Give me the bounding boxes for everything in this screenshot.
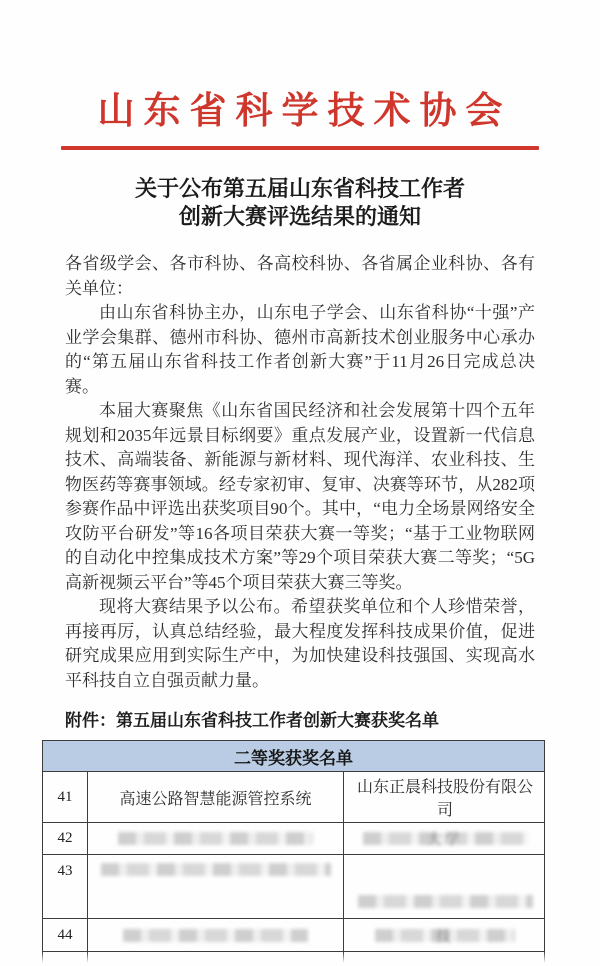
organization-cell-redacted (344, 855, 546, 918)
organization-cell-redacted: 大学 (344, 823, 546, 854)
row-number: 44 (43, 919, 88, 951)
table-cutoff-stub (42, 952, 545, 963)
redacted-text-strip: 技 (375, 929, 515, 942)
paragraph-1: 由山东省科协主办，山东电子学会、山东省科协“十强”产业学会集群、德州市科协、德州… (65, 301, 535, 399)
notice-title-line-2: 创新大赛评选结果的通知 (0, 203, 600, 231)
red-divider-line (61, 146, 539, 150)
notice-title-line-1: 关于公布第五届山东省科技工作者 (0, 175, 600, 203)
table-header-second-prize: 二等奖获奖名单 (43, 741, 544, 772)
redacted-text-strip (358, 895, 533, 908)
award-table: 二等奖获奖名单 41 高速公路智慧能源管控系统 山东正晨科技股份有限公司 42 … (42, 740, 545, 952)
redacted-text-strip (101, 863, 331, 876)
project-name-cell-redacted (88, 855, 344, 918)
notice-document: 山东省科学技术协会 关于公布第五届山东省科技工作者 创新大赛评选结果的通知 各省… (0, 0, 600, 966)
redacted-text-strip: 大学 (363, 832, 528, 845)
paragraph-3: 现将大赛结果予以公布。希望获奖单位和个人珍惜荣誉，再接再厉，认真总结经验，最大程… (65, 595, 535, 693)
row-number: 43 (43, 855, 88, 918)
attachment-note: 附件：第五届山东省科技工作者创新大赛获奖名单 (65, 706, 535, 731)
organization-title: 山东省科学技术协会 (0, 80, 600, 134)
project-name-cell-redacted (88, 919, 344, 951)
row-number: 41 (43, 772, 88, 822)
table-row-41: 41 高速公路智慧能源管控系统 山东正晨科技股份有限公司 (43, 772, 544, 823)
table-row-44: 44 技 (43, 919, 544, 952)
organization-cell: 山东正晨科技股份有限公司 (344, 772, 546, 822)
paragraph-2: 本届大赛聚焦《山东省国民经济和社会发展第十四个五年规划和2035年远景目标纲要》… (65, 399, 535, 595)
redacted-text-strip (123, 929, 308, 942)
table-row-43: 43 (43, 855, 544, 919)
table-row-42: 42 大学 (43, 823, 544, 855)
redacted-visible-fragment: 技 (375, 925, 515, 946)
notice-body: 各省级学会、各市科协、各高校科协、各省属企业科协、各有关单位： 由山东省科协主办… (65, 252, 535, 693)
row-number: 42 (43, 823, 88, 854)
organization-cell-redacted: 技 (344, 919, 546, 951)
project-name-cell-redacted (88, 823, 344, 854)
redacted-text-strip (118, 832, 313, 845)
project-name-cell: 高速公路智慧能源管控系统 (88, 772, 344, 822)
salutation: 各省级学会、各市科协、各高校科协、各省属企业科协、各有关单位： (65, 252, 535, 301)
notice-title: 关于公布第五届山东省科技工作者 创新大赛评选结果的通知 (0, 175, 600, 231)
redacted-visible-fragment: 大学 (363, 828, 528, 849)
